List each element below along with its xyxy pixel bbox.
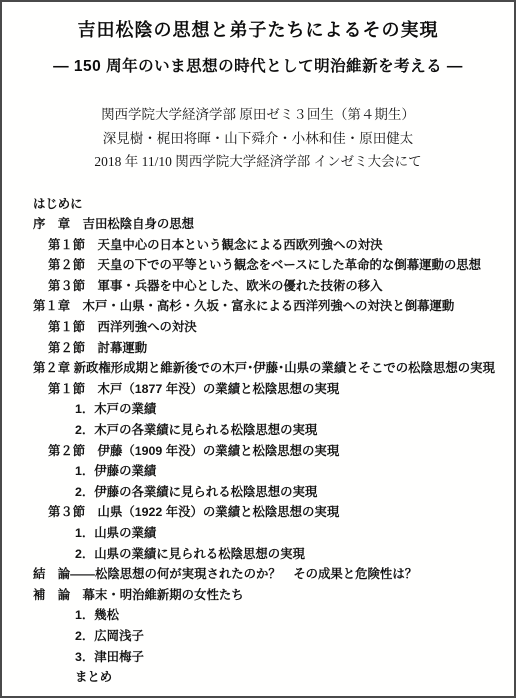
toc-line: 第２節 伊藤（1909 年没）の業績と松陰思想の実現 <box>33 441 506 462</box>
toc-line: 序 章 吉田松陰自身の思想 <box>33 214 506 235</box>
toc-line: 第２節 討幕運動 <box>33 338 506 359</box>
toc-line: 第３節 山県（1922 年没）の業績と松陰思想の実現 <box>33 502 506 523</box>
toc-line: 2．木戸の各業績に見られる松陰思想の実現 <box>33 420 506 441</box>
author-line: 関西学院大学経済学部 原田ゼミ３回生（第４期生） <box>2 103 514 127</box>
toc-line: 2．伊藤の各業績に見られる松陰思想の実現 <box>33 482 506 503</box>
table-of-contents: はじめに序 章 吉田松陰自身の思想第１節 天皇中心の日本という観念による西欧列強… <box>33 194 506 688</box>
toc-line: 1．山県の業績 <box>33 523 506 544</box>
document-subtitle: — 150 周年のいま思想の時代として明治維新を考える — <box>2 56 514 78</box>
toc-line: 1．木戸の業績 <box>33 399 506 420</box>
toc-line: はじめに <box>33 194 506 215</box>
toc-line: 第２節 天皇の下での平等という観念をベースにした革命的な倒幕運動の思想 <box>33 255 506 276</box>
toc-line: 第１章 木戸・山県・高杉・久坂・富永による西洋列強への対決と倒幕運動 <box>33 296 506 317</box>
toc-line: 第１節 木戸（1877 年没）の業績と松陰思想の実現 <box>33 379 506 400</box>
toc-line: 第３節 軍事・兵器を中心とした、欧米の優れた技術の移入 <box>33 276 506 297</box>
toc-line: 補 論 幕末・明治維新期の女性たち <box>33 585 506 606</box>
document-title: 吉田松陰の思想と弟子たちによるその実現 <box>2 17 514 43</box>
author-line: 2018 年 11/10 関西学院大学経済学部 インゼミ大会にて <box>2 150 514 174</box>
toc-line: 2．広岡浅子 <box>33 626 506 647</box>
toc-line: 結 論――松陰思想の何が実現されたのか？ その成果と危険性は？ <box>33 564 506 585</box>
toc-line: 第１節 天皇中心の日本という観念による西欧列強への対決 <box>33 235 506 256</box>
toc-line: 1．幾松 <box>33 605 506 626</box>
toc-line: 1．伊藤の業績 <box>33 461 506 482</box>
authors-block: 関西学院大学経済学部 原田ゼミ３回生（第４期生）深見樹・梶田将暉・山下舜介・小林… <box>2 103 514 174</box>
toc-line: 第１節 西洋列強への対決 <box>33 317 506 338</box>
toc-line: まとめ <box>33 667 506 688</box>
toc-line: 3．津田梅子 <box>33 647 506 668</box>
toc-line: 第２章 新政権形成期と維新後での木戸･伊藤･山県の業績とそこでの松陰思想の実現 <box>33 358 506 379</box>
document-page: 吉田松陰の思想と弟子たちによるその実現 — 150 周年のいま思想の時代として明… <box>0 0 516 698</box>
author-line: 深見樹・梶田将暉・山下舜介・小林和佳・原田健太 <box>2 127 514 151</box>
toc-line: 2．山県の業績に見られる松陰思想の実現 <box>33 544 506 565</box>
